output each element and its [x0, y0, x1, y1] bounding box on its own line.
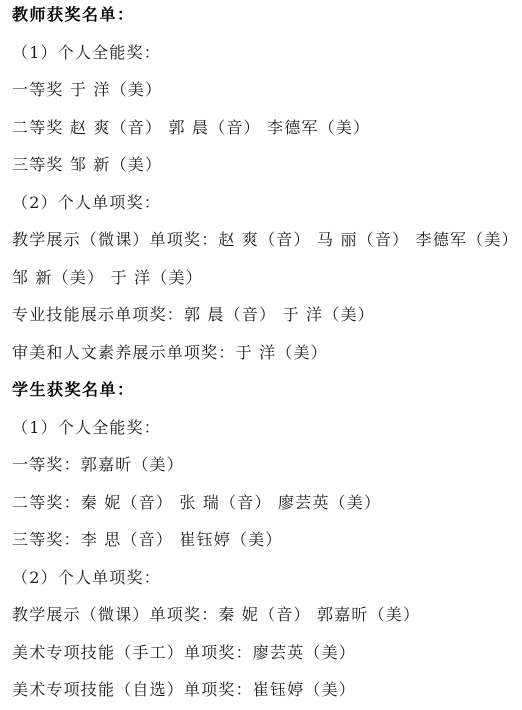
teacher-awards-section: 教师获奖名单： （1）个人全能奖： 一等奖 于 洋（美） 二等奖 赵 爽（音） …	[12, 4, 522, 379]
teacher-skill-award: 专业技能展示单项奖：郭 晨（音） 于 洋（美）	[12, 304, 522, 342]
teacher-all-round-label: （1）个人全能奖：	[12, 42, 522, 80]
student-art-elective-award: 美术专项技能（自选）单项奖：崔钰婷（美）	[12, 679, 522, 710]
student-awards-heading: 学生获奖名单：	[12, 379, 522, 417]
student-second-prize: 二等奖：秦 妮（音） 张 瑞（音） 廖芸英（美）	[12, 492, 522, 530]
teacher-first-prize: 一等奖 于 洋（美）	[12, 79, 522, 117]
teacher-teaching-award-line2: 邹 新（美） 于 洋（美）	[12, 267, 522, 305]
teacher-awards-heading: 教师获奖名单：	[12, 4, 522, 42]
teacher-teaching-award-line1: 教学展示（微课）单项奖：赵 爽（音） 马 丽（音） 李德军（美）	[12, 229, 522, 267]
student-teaching-award: 教学展示（微课）单项奖：秦 妮（音） 郭嘉昕（美）	[12, 604, 522, 642]
student-all-round-label: （1）个人全能奖：	[12, 417, 522, 455]
teacher-third-prize: 三等奖 邹 新（美）	[12, 154, 522, 192]
student-art-handcraft-award: 美术专项技能（手工）单项奖：廖芸英（美）	[12, 642, 522, 680]
teacher-second-prize: 二等奖 赵 爽（音） 郭 晨（音） 李德军（美）	[12, 117, 522, 155]
teacher-aesthetic-award: 审美和人文素养展示单项奖：于 洋（美）	[12, 342, 522, 380]
student-first-prize: 一等奖：郭嘉昕（美）	[12, 454, 522, 492]
student-single-label: （2）个人单项奖：	[12, 567, 522, 605]
award-list-document: 教师获奖名单： （1）个人全能奖： 一等奖 于 洋（美） 二等奖 赵 爽（音） …	[12, 4, 522, 710]
student-third-prize: 三等奖：李 思（音） 崔钰婷（美）	[12, 529, 522, 567]
student-awards-section: 学生获奖名单： （1）个人全能奖： 一等奖：郭嘉昕（美） 二等奖：秦 妮（音） …	[12, 379, 522, 710]
teacher-single-label: （2）个人单项奖：	[12, 192, 522, 230]
